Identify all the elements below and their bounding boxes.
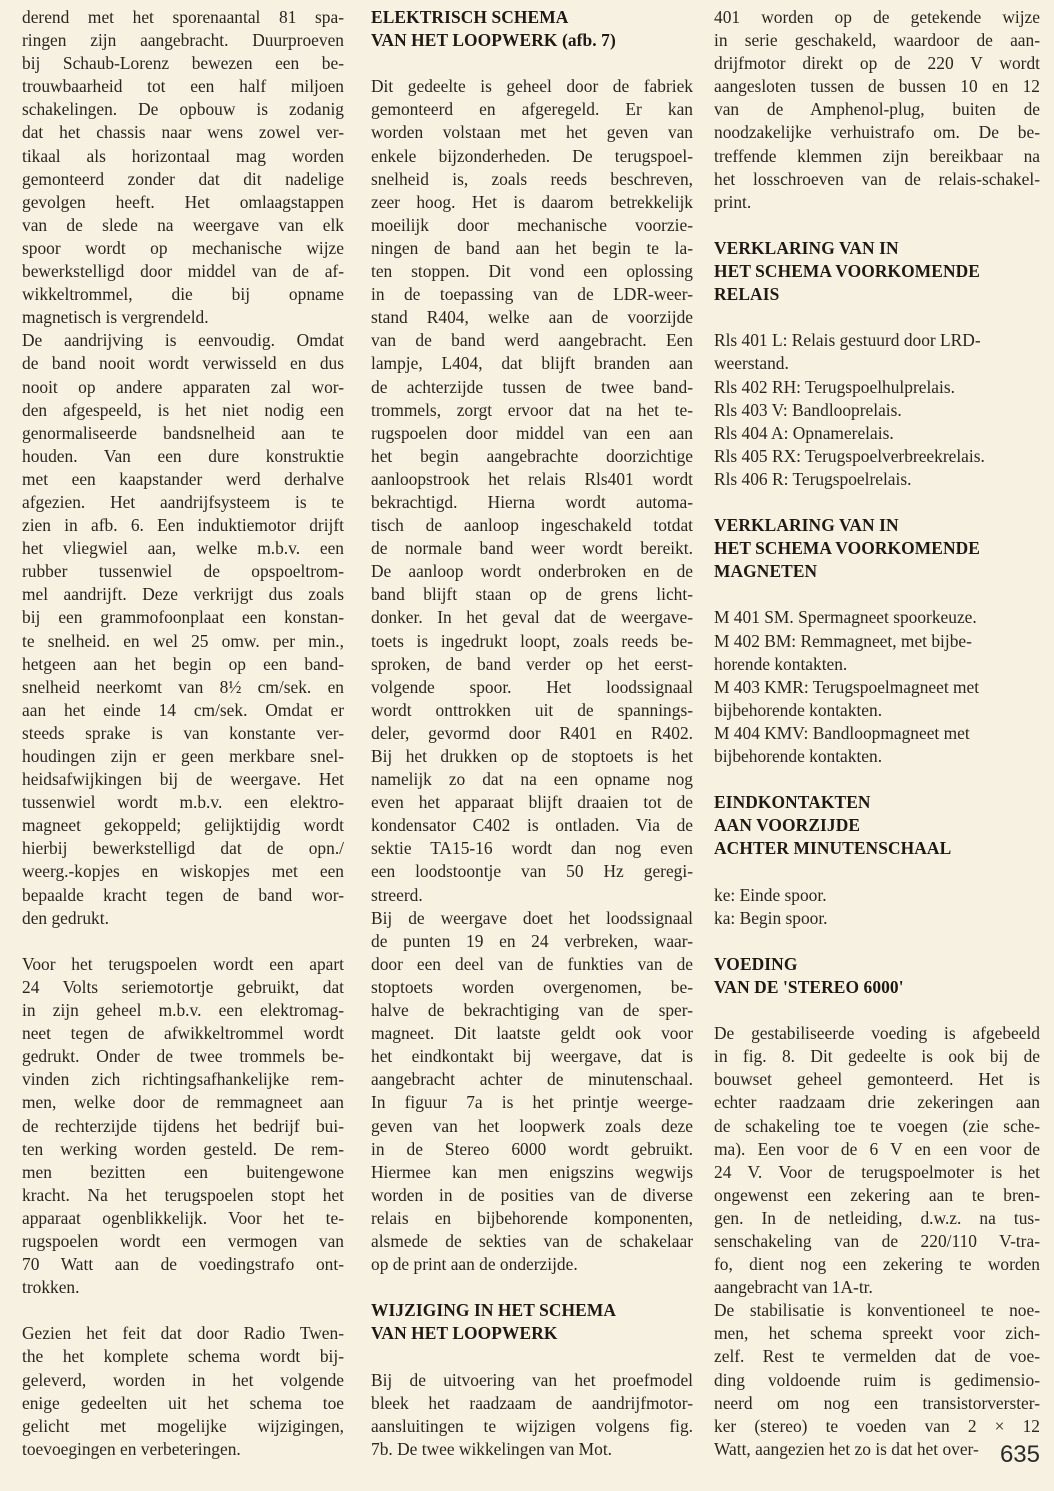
text-line: streerd. bbox=[371, 884, 693, 907]
spacer bbox=[714, 768, 1040, 791]
body-paragraph: derend met het sporenaantal 81 spa-ringe… bbox=[22, 6, 344, 930]
text-line: neerd om nog een transistorverster- bbox=[714, 1392, 1040, 1415]
text-line: De gestabiliseerde voeding is afgebeeld bbox=[714, 1022, 1040, 1045]
text-line: het losschroeven van de relais-schakel- bbox=[714, 168, 1040, 191]
spacer bbox=[714, 999, 1040, 1022]
text-line: worden in de posities van de diverse bbox=[371, 1184, 693, 1207]
spacer bbox=[371, 1276, 693, 1299]
definition-list: ke: Einde spoor.ka: Begin spoor. bbox=[714, 884, 1040, 930]
section-heading: VOEDINGVAN DE 'STEREO 6000' bbox=[714, 953, 1040, 999]
column-3: 401 worden op de getekende wijzein serie… bbox=[714, 6, 1040, 1461]
text-line: horende kontakten. bbox=[714, 653, 1040, 676]
text-line: geleverd, worden in het volgende bbox=[22, 1369, 344, 1392]
text-line: HET SCHEMA VOORKOMENDE bbox=[714, 260, 1040, 283]
text-line: rugspoelen door middel van een aan bbox=[371, 422, 693, 445]
text-line: In figuur 7a is het printje weerge- bbox=[371, 1091, 693, 1114]
text-line: magneet gekoppeld; gelijktijdig wordt bbox=[22, 814, 344, 837]
text-line: snelheid is, zoals reeds beschreven, bbox=[371, 168, 693, 191]
text-line: de punten 19 en 24 verbreken, waar- bbox=[371, 930, 693, 953]
text-line: het begin aangebrachte doorzichtige bbox=[371, 445, 693, 468]
text-line: van de Amphenol-plug, buiten de bbox=[714, 98, 1040, 121]
text-line: dat het chassis naar wens zowel ver- bbox=[22, 121, 344, 144]
text-line: ELEKTRISCH SCHEMA bbox=[371, 6, 693, 29]
text-line: senschakeling van de 220/110 V-tra- bbox=[714, 1230, 1040, 1253]
text-line: in serie geschakeld, waardoor de aan- bbox=[714, 29, 1040, 52]
text-line: 401 worden op de getekende wijze bbox=[714, 6, 1040, 29]
text-line: VAN HET LOOPWERK bbox=[371, 1322, 693, 1345]
text-line: De aandrijving is eenvoudig. Omdat bbox=[22, 329, 344, 352]
text-line: mel aandrijft. Deze verkrijgt dus zoals bbox=[22, 583, 344, 606]
text-line: Rls 404 A: Opnamerelais. bbox=[714, 422, 1040, 445]
text-line: VAN HET LOOPWERK (afb. 7) bbox=[371, 29, 693, 52]
text-line: de achterzijde tussen de twee band- bbox=[371, 376, 693, 399]
text-line: 24 Volts seriemotortje gebruikt, dat bbox=[22, 976, 344, 999]
section-heading: ELEKTRISCH SCHEMAVAN HET LOOPWERK (afb. … bbox=[371, 6, 693, 52]
text-line: halve de bekrachtiging van de sper- bbox=[371, 999, 693, 1022]
text-line: stand R404, welke aan de voorzijde bbox=[371, 306, 693, 329]
text-line: lampje, L404, dat blijft branden aan bbox=[371, 352, 693, 375]
text-line: ten werking worden gesteld. De rem- bbox=[22, 1138, 344, 1161]
text-line: Voor het terugspoelen wordt een apart bbox=[22, 953, 344, 976]
text-line: het vliegwiel aan, welke m.b.v. een bbox=[22, 537, 344, 560]
spacer bbox=[371, 1345, 693, 1368]
text-line: trokken. bbox=[22, 1276, 344, 1299]
text-line: bekrachtigd. Hierna wordt automa- bbox=[371, 491, 693, 514]
text-line: derend met het sporenaantal 81 spa- bbox=[22, 6, 344, 29]
text-line: in fig. 8. Dit gedeelte is ook bij de bbox=[714, 1045, 1040, 1068]
text-line: bijbehorende kontakten. bbox=[714, 745, 1040, 768]
text-line: Rls 405 RX: Terugspoelverbreekrelais. bbox=[714, 445, 1040, 468]
text-line: men, welke door de remmagneet aan bbox=[22, 1091, 344, 1114]
text-line: aangebracht van 1A-tr. bbox=[714, 1276, 1040, 1299]
body-paragraph: De gestabiliseerde voeding is afgebeeldi… bbox=[714, 1022, 1040, 1461]
text-line: ker (stereo) te voeden van 2 × 12 bbox=[714, 1415, 1040, 1438]
spacer bbox=[714, 583, 1040, 606]
text-line: WIJZIGING IN HET SCHEMA bbox=[371, 1299, 693, 1322]
text-line: Hiermee kan men enigszins wegwijs bbox=[371, 1161, 693, 1184]
text-line: vinden zich richtingsafhankelijke rem- bbox=[22, 1068, 344, 1091]
text-line: ma). Een voor de 6 V en een voor de bbox=[714, 1138, 1040, 1161]
text-line: tisch de aanloop ingeschakeld totdat bbox=[371, 514, 693, 537]
text-line: in de Stereo 6000 wordt gebruikt. bbox=[371, 1138, 693, 1161]
spacer bbox=[714, 860, 1040, 883]
text-line: ka: Begin spoor. bbox=[714, 907, 1040, 930]
text-line: HET SCHEMA VOORKOMENDE bbox=[714, 537, 1040, 560]
text-line: de normale band weer wordt bereikt. bbox=[371, 537, 693, 560]
spacer bbox=[714, 491, 1040, 514]
text-line: zelf. Rest te vermelden dat de voe- bbox=[714, 1345, 1040, 1368]
text-line: print. bbox=[714, 191, 1040, 214]
text-line: hierbij bewerkstelligd dat de opn./ bbox=[22, 837, 344, 860]
spacer bbox=[371, 52, 693, 75]
text-line: M 404 KMV: Bandloopmagneet met bbox=[714, 722, 1040, 745]
text-line: M 401 SM. Spermagneet spoorkeuze. bbox=[714, 606, 1040, 629]
text-line: donker. In het geval dat de weergave- bbox=[371, 606, 693, 629]
text-line: RELAIS bbox=[714, 283, 1040, 306]
text-line: de band nooit wordt verwisseld en dus bbox=[22, 352, 344, 375]
text-line: bleek het raadzaam de aandrijfmotor- bbox=[371, 1392, 693, 1415]
text-line: trommels, zorgt ervoor dat na het te- bbox=[371, 399, 693, 422]
section-heading: VERKLARING VAN INHET SCHEMA VOORKOMENDER… bbox=[714, 237, 1040, 306]
text-line: tussenwiel wordt m.b.v. een elektro- bbox=[22, 791, 344, 814]
text-line: Rls 401 L: Relais gestuurd door LRD- bbox=[714, 329, 1040, 352]
text-line: Bij het drukken op de stoptoets is het bbox=[371, 745, 693, 768]
text-line: in de toepassing van de LDR-weer- bbox=[371, 283, 693, 306]
text-line: aansluitingen te wijzigen volgens fig. bbox=[371, 1415, 693, 1438]
text-line: tikaal als horizontaal mag worden bbox=[22, 145, 344, 168]
text-line: alsmede de sekties van de schakelaar bbox=[371, 1230, 693, 1253]
text-line: bij een grammofoonplaat een konstan- bbox=[22, 606, 344, 629]
spacer bbox=[22, 1299, 344, 1322]
text-line: houden. Van een dure konstruktie bbox=[22, 445, 344, 468]
text-line: Rls 403 V: Bandlooprelais. bbox=[714, 399, 1040, 422]
definition-list: M 401 SM. Spermagneet spoorkeuze.M 402 B… bbox=[714, 606, 1040, 768]
text-line: van de band werd aangebracht. Een bbox=[371, 329, 693, 352]
text-line: bouwset geheel gemonteerd. Het is bbox=[714, 1068, 1040, 1091]
definition-list: Rls 401 L: Relais gestuurd door LRD-weer… bbox=[714, 329, 1040, 491]
text-line: toevoegingen en verbeteringen. bbox=[22, 1438, 344, 1461]
text-line: het eindkontakt bij weergave, dat is bbox=[371, 1045, 693, 1068]
text-line: rubber tussenwiel de opspoeltrom- bbox=[22, 560, 344, 583]
text-line: Bij de uitvoering van het proefmodel bbox=[371, 1369, 693, 1392]
text-line: moeilijk door mechanische voorzie- bbox=[371, 214, 693, 237]
text-line: afgezien. Het aandrijfsysteem is te bbox=[22, 491, 344, 514]
text-line: aan het einde 14 cm/sek. Omdat er bbox=[22, 699, 344, 722]
text-line: Watt, aangezien het zo is dat het over- bbox=[714, 1438, 1040, 1461]
text-line: snelheid neerkomt van 8½ cm/sek. en bbox=[22, 676, 344, 699]
column-2: ELEKTRISCH SCHEMAVAN HET LOOPWERK (afb. … bbox=[371, 6, 693, 1461]
text-line: VERKLARING VAN IN bbox=[714, 237, 1040, 260]
text-line: AAN VOORZIJDE bbox=[714, 814, 1040, 837]
text-line: toets is ingedrukt loopt, zoals reeds be… bbox=[371, 630, 693, 653]
text-line: den gedrukt. bbox=[22, 907, 344, 930]
text-line: de schakeling toe te voegen (zie sche- bbox=[714, 1115, 1040, 1138]
text-line: gemonteerd zonder dat dit nadelige bbox=[22, 168, 344, 191]
text-line: kracht. Na het terugspoelen stopt het bbox=[22, 1184, 344, 1207]
text-line: noodzakelijke verhuistrafo om. De be- bbox=[714, 121, 1040, 144]
text-line: een loodstoontje van 50 Hz geregi- bbox=[371, 860, 693, 883]
text-line: nooit op andere apparaten zal wor- bbox=[22, 376, 344, 399]
text-line: weerstand. bbox=[714, 352, 1040, 375]
text-line: enkele bijzonderheden. De terugspoel- bbox=[371, 145, 693, 168]
section-heading: EINDKONTAKTENAAN VOORZIJDEACHTER MINUTEN… bbox=[714, 791, 1040, 860]
text-line: relais en bijbehorende komponenten, bbox=[371, 1207, 693, 1230]
text-line: volgende spoor. Het loodssignaal bbox=[371, 676, 693, 699]
text-line: M 403 KMR: Terugspoelmagneet met bbox=[714, 676, 1040, 699]
text-line: ningen de band aan het begin te la- bbox=[371, 237, 693, 260]
text-line: Gezien het feit dat door Radio Twen- bbox=[22, 1322, 344, 1345]
text-line: worden volstaan met het geven van bbox=[371, 121, 693, 144]
text-line: Rls 402 RH: Terugspoelhulprelais. bbox=[714, 376, 1040, 399]
spacer bbox=[714, 306, 1040, 329]
text-line: De stabilisatie is konventioneel te noe- bbox=[714, 1299, 1040, 1322]
text-line: houdingen zijn er geen merkbare snel- bbox=[22, 745, 344, 768]
text-line: schakelingen. De opbouw is zodanig bbox=[22, 98, 344, 121]
text-line: trouwbaarheid tot een half miljoen bbox=[22, 75, 344, 98]
text-line: door een deel van de funkties van de bbox=[371, 953, 693, 976]
text-line: drijfmotor direkt op de 220 V wordt bbox=[714, 52, 1040, 75]
text-line: geven van het loopwerk zoals deze bbox=[371, 1115, 693, 1138]
text-line: gedrukt. Onder de twee trommels be- bbox=[22, 1045, 344, 1068]
text-line: deler, gevormd door R401 en R402. bbox=[371, 722, 693, 745]
text-line: Rls 406 R: Terugspoelrelais. bbox=[714, 468, 1040, 491]
text-line: 24 V. Voor de terugspoelmoter is het bbox=[714, 1161, 1040, 1184]
text-line: gelicht met mogelijke wijzigingen, bbox=[22, 1415, 344, 1438]
text-line: steeds sprake is van konstante ver- bbox=[22, 722, 344, 745]
text-line: M 402 BM: Remmagneet, met bijbe- bbox=[714, 630, 1040, 653]
text-line: 7b. De twee wikkelingen van Mot. bbox=[371, 1438, 693, 1461]
section-heading: WIJZIGING IN HET SCHEMAVAN HET LOOPWERK bbox=[371, 1299, 693, 1345]
text-line: Dit gedeelte is geheel door de fabriek bbox=[371, 75, 693, 98]
text-line: aanloopstrook het relais Rls401 wordt bbox=[371, 468, 693, 491]
text-line: ACHTER MINUTENSCHAAL bbox=[714, 837, 1040, 860]
text-line: the het komplete schema wordt bij- bbox=[22, 1345, 344, 1368]
text-line: bewerkstelligd door middel van de af- bbox=[22, 260, 344, 283]
spacer bbox=[714, 930, 1040, 953]
text-line: EINDKONTAKTEN bbox=[714, 791, 1040, 814]
text-line: gemonteerd en afgeregeld. Er kan bbox=[371, 98, 693, 121]
text-line: kondensator C402 is ontladen. Via de bbox=[371, 814, 693, 837]
body-paragraph: 401 worden op de getekende wijzein serie… bbox=[714, 6, 1040, 214]
text-line: met een kaapstander werd derhalve bbox=[22, 468, 344, 491]
text-line: VOEDING bbox=[714, 953, 1040, 976]
text-line: wordt onttrokken uit de spannings- bbox=[371, 699, 693, 722]
text-line: echter raadzaam drie zekeringen aan bbox=[714, 1091, 1040, 1114]
text-line: wikkeltrommel, die bij opname bbox=[22, 283, 344, 306]
text-line: ten stoppen. Dit vond een oplossing bbox=[371, 260, 693, 283]
text-line: magnetisch is vergrendeld. bbox=[22, 306, 344, 329]
text-line: ongewenst een zekering aan te bren- bbox=[714, 1184, 1040, 1207]
text-line: band blijft staan op de grens licht- bbox=[371, 583, 693, 606]
text-line: sproken, de band verder op het eerst- bbox=[371, 653, 693, 676]
spacer bbox=[22, 930, 344, 953]
text-line: De aanloop wordt onderbroken en de bbox=[371, 560, 693, 583]
text-line: zeer hoog. Het is daarom betrekkelijk bbox=[371, 191, 693, 214]
text-line: men bezitten een buitengewone bbox=[22, 1161, 344, 1184]
text-line: in zijn geheel m.b.v. een elektromag- bbox=[22, 999, 344, 1022]
column-1: derend met het sporenaantal 81 spa-ringe… bbox=[22, 6, 344, 1461]
text-line: weerg.-kopjes en wiskopjes met een bbox=[22, 860, 344, 883]
text-line: van de slede na weergave van elk bbox=[22, 214, 344, 237]
text-line: sektie TA15-16 wordt dan nog even bbox=[371, 837, 693, 860]
text-line: ding voldoende ruim is gedimensio- bbox=[714, 1369, 1040, 1392]
text-line: hetgeen aan het begin op een band- bbox=[22, 653, 344, 676]
text-line: treffende klemmen zijn bereikbaar na bbox=[714, 145, 1040, 168]
body-paragraph: Dit gedeelte is geheel door de fabriekge… bbox=[371, 75, 693, 1276]
text-line: zien in afb. 6. Een induktiemotor drijft bbox=[22, 514, 344, 537]
text-line: 70 Watt aan de voedingstrafo ont- bbox=[22, 1253, 344, 1276]
text-line: men, het schema spreekt voor zich- bbox=[714, 1322, 1040, 1345]
text-line: bij Schaub-Lorenz bewezen een be- bbox=[22, 52, 344, 75]
text-line: den afgespeeld, is het niet nodig een bbox=[22, 399, 344, 422]
text-line: aangesloten tussen de bussen 10 en 12 bbox=[714, 75, 1040, 98]
text-line: bijbehorende kontakten. bbox=[714, 699, 1040, 722]
text-line: VAN DE 'STEREO 6000' bbox=[714, 976, 1040, 999]
text-line: apparaat ogenblikkelijk. Voor het te- bbox=[22, 1207, 344, 1230]
text-line: aangebracht achter de minutenschaal. bbox=[371, 1068, 693, 1091]
spacer bbox=[714, 214, 1040, 237]
text-line: de rechterzijde tijdens het bedrijf bui- bbox=[22, 1115, 344, 1138]
text-line: op de print aan de onderzijde. bbox=[371, 1253, 693, 1276]
text-line: heidsafwijkingen bij de weergave. Het bbox=[22, 768, 344, 791]
text-line: rugspoelen wordt een vermogen van bbox=[22, 1230, 344, 1253]
text-line: ke: Einde spoor. bbox=[714, 884, 1040, 907]
text-line: even het apparaat blijft draaien tot de bbox=[371, 791, 693, 814]
page-number: 635 bbox=[1000, 1441, 1040, 1469]
text-line: bepaalde kracht tegen de band wor- bbox=[22, 884, 344, 907]
text-line: neet tegen de afwikkeltrommel wordt bbox=[22, 1022, 344, 1045]
text-line: te snelheid. en wel 25 omw. per min., bbox=[22, 630, 344, 653]
text-line: ringen zijn aangebracht. Duurproeven bbox=[22, 29, 344, 52]
body-paragraph: Bij de uitvoering van het proefmodelblee… bbox=[371, 1369, 693, 1461]
text-line: MAGNETEN bbox=[714, 560, 1040, 583]
text-line: namelijk zo dat na een opname nog bbox=[371, 768, 693, 791]
text-line: fo, dient nog een zekering te worden bbox=[714, 1253, 1040, 1276]
body-paragraph: Gezien het feit dat door Radio Twen-the … bbox=[22, 1322, 344, 1461]
text-line: spoor wordt op mechanische wijze bbox=[22, 237, 344, 260]
text-line: Bij de weergave doet het loodssignaal bbox=[371, 907, 693, 930]
text-line: gen. In de netleiding, d.w.z. na tus- bbox=[714, 1207, 1040, 1230]
text-line: genormaliseerde bandsnelheid aan te bbox=[22, 422, 344, 445]
body-paragraph: Voor het terugspoelen wordt een apart24 … bbox=[22, 953, 344, 1299]
text-line: VERKLARING VAN IN bbox=[714, 514, 1040, 537]
text-line: enige gedeelten uit het schema toe bbox=[22, 1392, 344, 1415]
text-line: gevolgen heeft. Het omlaagstappen bbox=[22, 191, 344, 214]
text-line: magneet. Dit laatste geldt ook voor bbox=[371, 1022, 693, 1045]
text-line: stoptoets worden overgenomen, be- bbox=[371, 976, 693, 999]
section-heading: VERKLARING VAN INHET SCHEMA VOORKOMENDEM… bbox=[714, 514, 1040, 583]
